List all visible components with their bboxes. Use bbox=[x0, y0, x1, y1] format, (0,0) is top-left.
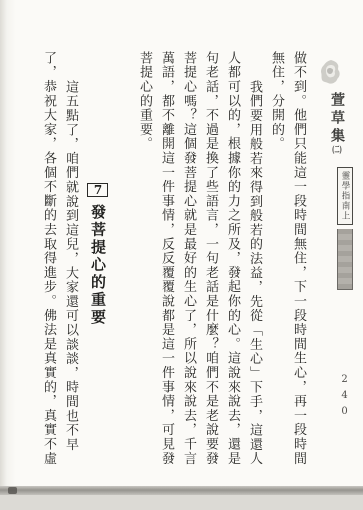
body-paragraph: 我們要用般若來得到般若的法益，先從「生心」下手，這還人人都可以的，根據你的力之所… bbox=[133, 51, 265, 467]
series-tab-chapter-marker bbox=[337, 229, 353, 290]
book-title-text: 萱草集 bbox=[329, 92, 345, 146]
body-text: 做不到。他們只能這一段時間無住，下一段時間生心，再一段時間無住，分開的。 我們要… bbox=[37, 51, 309, 467]
body-paragraph: 做不到。他們只能這一段時間無住，下一段時間生心，再一段時間無住，分開的。 bbox=[265, 51, 309, 467]
publisher-seal-icon bbox=[319, 58, 343, 88]
section-heading: 7發菩提心的重要 bbox=[85, 51, 111, 467]
book-volume-label: (二) bbox=[332, 146, 342, 155]
body-paragraph: 這五點了，咱們就說到這兒，大家還可以談談，時間也不早了，恭祝大家，各個不斷的去取… bbox=[37, 51, 81, 467]
series-tab-label: 靈學指南上 bbox=[337, 167, 353, 225]
page-number: 240 bbox=[339, 374, 350, 422]
section-title: 發菩提心的重要 bbox=[89, 204, 107, 327]
scan-artifact bbox=[8, 487, 17, 494]
book-title: 萱草集(二) bbox=[326, 92, 348, 155]
scan-bottom-margin bbox=[0, 495, 363, 510]
page-bottom-edge bbox=[0, 486, 363, 495]
section-number-box: 7 bbox=[87, 183, 108, 197]
